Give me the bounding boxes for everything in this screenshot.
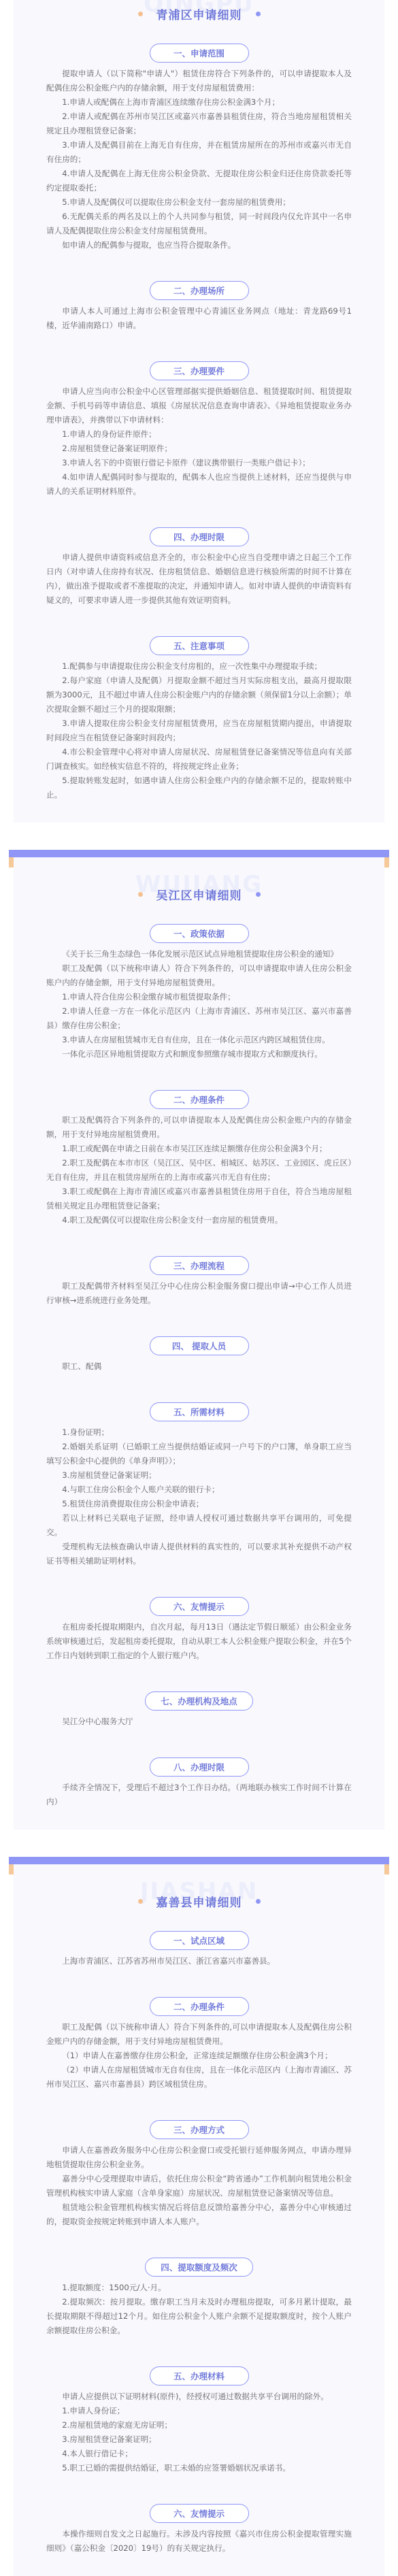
section: 五、注意事项1.配偶参与申请提取住房公积金支付房租的，应一次性集中办理提取手续；… [46,608,352,802]
paragraph: 5.提取转账发起时，如遇申请人住房公积金账户内的存储余额不足的，提取转账中止。 [46,774,352,802]
paragraph: 2.职工及配偶在本市市区（吴江区、吴中区、相城区、姑苏区、工业园区、虎丘区）无自… [46,1156,352,1185]
paragraph: 提取申请人（以下简称"申请人"）租赁住房符合下列条件的，可以申请提取本人及配偶住… [46,67,352,95]
paragraph: 申请人提供申请资料或信息齐全的，市公积金中心应当自受理申请之日起三个工作日内（对… [46,550,352,608]
section-heading-row: 二、办理条件 [46,1997,352,2016]
section-heading-row: 一、政策依据 [46,924,352,943]
paragraph: 2.婚姻关系证明（已婚职工应当提供结婚证或同一户号下的户口簿，单身职工应当填写公… [46,1440,352,1468]
section-heading: 一、试点区域 [150,1931,249,1950]
section: 六、友情提示本操作细则自发文之日起施行。未涉及内容按照《嘉兴市住房公积金提取管理… [46,2475,352,2556]
paragraph: 3.申请人提取住房公积金支付房屋租赁费用，应当在房屋租赁期内提出，申请提取时间段… [46,716,352,745]
section: 一、政策依据《关于长三角生态绿色一体化发展示范区试点异地租赁提取住房公积金的通知… [46,924,352,1061]
section: 一、试点区域上海市青浦区、江苏省苏州市吴江区、浙江省嘉兴市嘉善县。 [46,1931,352,1968]
bar-tab-left [9,1864,14,1875]
paragraph: 2.房屋租赁地的家庭无房证明； [46,2418,352,2432]
region-card: QINGPU青浦区申请细则一、申请范围提取申请人（以下简称"申请人"）租赁住房符… [14,0,384,823]
section-heading: 八、办理时限 [150,1757,249,1777]
section: 二、办理条件职工及配偶（以下统称申请人）符合下列条件的,可以申请提取本人及配偶住… [46,1968,352,2092]
section-heading: 七、办理机构及地点 [145,1691,253,1711]
section-heading-row: 三、办理方式 [46,2120,352,2139]
section-heading: 二、办理条件 [150,1997,249,2016]
paragraph: 1.配偶参与申请提取住房公积金支付房租的，应一次性集中办理提取手续； [46,659,352,674]
paragraph: 1.职工或配偶在申请之日前在本市吴江区连续足额缴存住房公积金满3个月； [46,1142,352,1156]
section: 一、申请范围提取申请人（以下简称"申请人"）租赁住房符合下列条件的，可以申请提取… [46,44,352,252]
section-heading: 五、注意事项 [150,636,249,655]
paragraph: 《关于长三角生态绿色一体化发展示范区试点异地租赁提取住房公积金的通知》 [46,947,352,961]
paragraph: 2.申请人或配偶在苏州市吴江区或嘉兴市嘉善县租赁住房，符合当地房屋租赁相关规定且… [46,110,352,138]
section-heading-row: 四、办理时限 [46,527,352,546]
paragraph: 4.与职工住房公积金个人账户关联的银行卡； [46,1483,352,1497]
section-heading: 二、办理条件 [150,1090,249,1109]
region-top-bar [9,1857,389,1864]
section: 四、 提取人员职工、配偶 [46,1308,352,1374]
paragraph: 租赁地公积金管理机构核实情况后将信息反馈给嘉善分中心，嘉善分中心审核通过的，提取… [46,2200,352,2229]
paragraph: 手续齐全情况下，受理后不超过3个工作日办结。（两地联办核实工作时间不计算在内） [46,1781,352,1809]
section: 二、办理场所申请人本人可通过上海市公积金管理中心青浦区业务网点（地址：青龙路69… [46,252,352,333]
region-spacer [0,823,398,850]
paragraph: 4.申请人及配偶在上海无住房公积金贷款、无提取住房公积金归还住房贷款委托等约定提… [46,167,352,195]
section: 八、办理时限手续齐全情况下，受理后不超过3个工作日办结。（两地联办核实工作时间不… [46,1729,352,1809]
paragraph: 申请人应提供以下证明材料(原件)，经授权可通过数据共享平台调用的除外。 [46,2390,352,2404]
paragraph: 5.申请人及配偶仅可以提取住房公积金支付一套房屋的租赁费用； [46,195,352,210]
section-gap [46,2338,352,2351]
section-heading: 四、办理时限 [150,527,249,546]
region-spacer [0,1830,398,1857]
paragraph: 职工及配偶（以下统称申请人）符合下列条件的，可以申请提取申请人住房公积金账户内的… [46,961,352,990]
paragraph: （1）申请人在嘉善缴存住房公积金，正常连续足额缴存住房公积金满3个月； [46,2049,352,2063]
region-block: QINGPU青浦区申请细则一、申请范围提取申请人（以下简称"申请人"）租赁住房符… [0,0,398,823]
section-heading: 一、申请范围 [150,44,249,63]
paragraph: 5.租赁住房消费提取住房公积金申请表； [46,1497,352,1511]
paragraph: 申请人应当向市公积金中心区管理部据实提供婚姻信息、租赁提取时间、租赁提取金额、手… [46,384,352,427]
paragraph: 申请人在嘉善政务服务中心住房公积金窗口或受托银行延伸服务网点，申请办理异地租赁提… [46,2143,352,2172]
section-gap [46,2475,352,2489]
section-gap [46,1568,352,1582]
region-title-wrap: QINGPU青浦区申请细则 [46,0,352,33]
paragraph: 4.市公积金管理中心将对申请人房屋状况、房屋租赁登记备案情况等信息向有关部门调查… [46,745,352,774]
region-title-text: 青浦区申请细则 [156,5,242,22]
paragraph: 3.房屋租赁登记备案证明； [46,2432,352,2447]
section: 五、所需材料1.身份证明；2.婚姻关系证明（已婚职工应当提供结婚证或同一户号下的… [46,1374,352,1568]
paragraph: 5.职工已婚的需提供结婚证，职工未婚的应签署婚姻状况承诺书。 [46,2461,352,2475]
paragraph: 若以上材料已关联电子证照，经申请人授权可通过数据共享平台调用的，可免提交。 [46,1511,352,1540]
paragraph: 在租房委托提取期限内，自次月起，每月13日（遇法定节假日顺延）由公积金业务系统审… [46,1620,352,1663]
bar-tab-right [384,1864,389,1875]
dot-decoration-icon [138,892,143,897]
paragraph: 职工及配偶（以下统称申请人）符合下列条件的,可以申请提取本人及配偶住房公积金账户… [46,2020,352,2049]
section-gap [46,1061,352,1075]
section-heading: 一、政策依据 [150,924,249,943]
paragraph: 职工及配偶带齐材料至吴江分中心住房公积金服务窗口提出申请→中心工作人员进行审核→… [46,1279,352,1308]
section-heading-row: 四、 提取人员 [46,1336,352,1355]
section-heading: 五、所需材料 [150,1402,249,1421]
paragraph: 如申请人的配偶参与提取，也应当符合提取条件。 [46,238,352,252]
paragraph: 吴江分中心服务大厅 [46,1715,352,1729]
paragraph: 1.申请人身份证； [46,2404,352,2418]
section-heading-row: 三、办理要件 [46,361,352,380]
paragraph: 2.申请人任意一方在一体化示范区内（上海市青浦区、苏州市吴江区、嘉兴市嘉善县）缴… [46,1004,352,1033]
paragraph: 受理机构无法核查确认申请人提供材料的真实性的，可以要求其补充提供不动产权证书等相… [46,1540,352,1568]
section: 三、办理要件申请人应当向市公积金中心区管理部据实提供婚姻信息、租赁提取时间、租赁… [46,333,352,499]
section-heading: 三、办理流程 [150,1256,249,1275]
paragraph: （2）申请人在房屋租赁城市无自有住房，且在一体化示范区内（上海市青浦区、苏州市吴… [46,2063,352,2092]
paragraph: 3.申请人在房屋租赁城市无自有住房，且在一体化示范区内跨区域租赁住房。 [46,1033,352,1047]
region-title: 青浦区申请细则 [138,0,261,22]
section: 三、办理方式申请人在嘉善政务服务中心住房公积金窗口或受托银行延伸服务网点，申请办… [46,2092,352,2229]
section: 七、办理机构及地点吴江分中心服务大厅 [46,1663,352,1729]
region-title-wrap: JIASHAN嘉善县申请细则 [46,1887,352,1920]
section-gap [46,1308,352,1321]
section-gap [46,2229,352,2243]
section-gap [46,1729,352,1743]
section-heading: 三、办理方式 [150,2120,249,2139]
section-gap [46,499,352,512]
paragraph: 上海市青浦区、江苏省苏州市吴江区、浙江省嘉兴市嘉善县。 [46,1954,352,1968]
section-heading: 三、办理要件 [150,361,249,380]
paragraph: 1.申请人或配偶在上海市青浦区连续缴存住房公积金满3个月； [46,95,352,110]
section-heading-row: 五、办理材料 [46,2366,352,2385]
section-heading: 六、友情提示 [150,1597,249,1616]
region-card: WUJIANG吴江区申请细则一、政策依据《关于长三角生态绿色一体化发展示范区试点… [14,857,384,1830]
bar-tab-right [384,857,389,868]
section-gap [46,1968,352,1982]
paragraph: 嘉善分中心受理提取申请后，依托住房公积金“跨省通办”工作机制向租赁地公积金管理机… [46,2172,352,2200]
section-gap [46,252,352,266]
region-card: JIASHAN嘉善县申请细则一、试点区域上海市青浦区、江苏省苏州市吴江区、浙江省… [14,1864,384,2576]
document: QINGPU青浦区申请细则一、申请范围提取申请人（以下简称"申请人"）租赁住房符… [0,0,398,2576]
dot-decoration-icon [256,892,261,897]
section-gap [46,608,352,621]
section-heading: 二、办理场所 [150,281,249,300]
section: 五、办理材料申请人应提供以下证明材料(原件)，经授权可通过数据共享平台调用的除外… [46,2338,352,2475]
region-title-text: 吴江区申请细则 [156,886,242,903]
paragraph: 4.职工及配偶仅可以提取住房公积金支付一套房屋的租赁费用。 [46,1213,352,1227]
section-heading: 四、提取额度及频次 [145,2258,253,2277]
paragraph: 4.本人银行借记卡； [46,2447,352,2461]
section-heading-row: 四、提取额度及频次 [46,2258,352,2277]
section-gap [46,1227,352,1241]
section-heading-row: 五、注意事项 [46,636,352,655]
paragraph: 3.申请人及配偶目前在上海无自有住房，并在租赁房屋所在的苏州市或嘉兴市无自有住房… [46,138,352,167]
section-heading: 四、 提取人员 [150,1336,249,1355]
paragraph: 4.如申请人配偶同时参与提取的，配偶本人也应当提供上述材料，还应当提供与申请人的… [46,470,352,499]
section-heading-row: 一、试点区域 [46,1931,352,1950]
dot-decoration-icon [138,1899,143,1904]
section-heading-row: 五、所需材料 [46,1402,352,1421]
paragraph: 6.无配偶关系的两名及以上的个人共同参与租赁，同一时间段内仅允许其中一名申请人及… [46,210,352,238]
region-title-text: 嘉善县申请细则 [156,1893,242,1910]
paragraph: 1.申请人的身份证件原件； [46,427,352,442]
region-title: 吴江区申请细则 [138,880,261,903]
section-heading-row: 二、办理条件 [46,1090,352,1109]
section-heading-row: 二、办理场所 [46,281,352,300]
region-top-bar [9,850,389,857]
section-gap [46,1663,352,1677]
dot-decoration-icon [256,1899,261,1904]
dot-decoration-icon [138,12,143,16]
region-block: WUJIANG吴江区申请细则一、政策依据《关于长三角生态绿色一体化发展示范区试点… [0,850,398,1830]
paragraph: 1.提取额度：1500元/人·月。 [46,2281,352,2295]
paragraph: 1.申请人符合住房公积金缴存城市租赁提取条件； [46,990,352,1004]
paragraph: 2.房屋租赁登记备案证明原件； [46,442,352,456]
paragraph: 申请人本人可通过上海市公积金管理中心青浦区业务网点（地址：青龙路69号1楼，近华… [46,304,352,333]
paragraph: 3.申请人名下的中资银行借记卡原件（建议携带银行一类账户借记卡）； [46,456,352,470]
paragraph: 一体化示范区异地租赁提取方式和额度参照缴存城市提取方式和额度执行。 [46,1047,352,1061]
section-heading-row: 一、申请范围 [46,44,352,63]
bar-tab-left [9,857,14,868]
section: 三、办理流程职工及配偶带齐材料至吴江分中心住房公积金服务窗口提出申请→中心工作人… [46,1227,352,1308]
section-heading: 五、办理材料 [150,2366,249,2385]
section-heading-row: 三、办理流程 [46,1256,352,1275]
section-heading-row: 六、友情提示 [46,1597,352,1616]
paragraph: 本操作细则自发文之日起施行。未涉及内容按照《嘉兴市住房公积金提取管理实施细则》（… [46,2527,352,2556]
section-gap [46,333,352,346]
section-heading-row: 八、办理时限 [46,1757,352,1777]
region-title: 嘉善县申请细则 [138,1887,261,1910]
paragraph: 3.职工或配偶在上海市青浦区或嘉兴市嘉善县租赁住房用于自住，符合当地房屋租赁相关… [46,1185,352,1213]
section-gap [46,1374,352,1387]
paragraph: 3.房屋租赁登记备案证明； [46,1468,352,1483]
section: 四、办理时限申请人提供申请资料或信息齐全的，市公积金中心应当自受理申请之日起三个… [46,499,352,608]
section-gap [46,2092,352,2105]
section-heading-row: 七、办理机构及地点 [46,1691,352,1711]
paragraph: 2.每户家庭（申请人及配偶）月提取金额不超过当月实际房租支出，最高月提取限额为3… [46,674,352,716]
region-title-wrap: WUJIANG吴江区申请细则 [46,880,352,913]
paragraph: 职工、配偶 [46,1359,352,1374]
section: 四、提取额度及频次1.提取额度：1500元/人·月。2.提取频次：按月提取。缴存… [46,2229,352,2338]
paragraph: 1.身份证明； [46,1425,352,1440]
section: 二、办理条件职工及配偶符合下列条件的,可以申请提取本人及配偶住房公积金账户内的存… [46,1061,352,1227]
section-heading-row: 六、友情提示 [46,2504,352,2523]
paragraph: 职工及配偶符合下列条件的,可以申请提取本人及配偶住房公积金账户内的存储金额，用于… [46,1113,352,1142]
section: 六、友情提示在租房委托提取期限内，自次月起，每月13日（遇法定节假日顺延）由公积… [46,1568,352,1663]
section-heading: 六、友情提示 [150,2504,249,2523]
dot-decoration-icon [256,12,261,16]
region-block: JIASHAN嘉善县申请细则一、试点区域上海市青浦区、江苏省苏州市吴江区、浙江省… [0,1857,398,2576]
paragraph: 2.提取频次：按月提取。缴存职工当月未及时办理租房提取，可多月累计提取，最长提取… [46,2295,352,2338]
